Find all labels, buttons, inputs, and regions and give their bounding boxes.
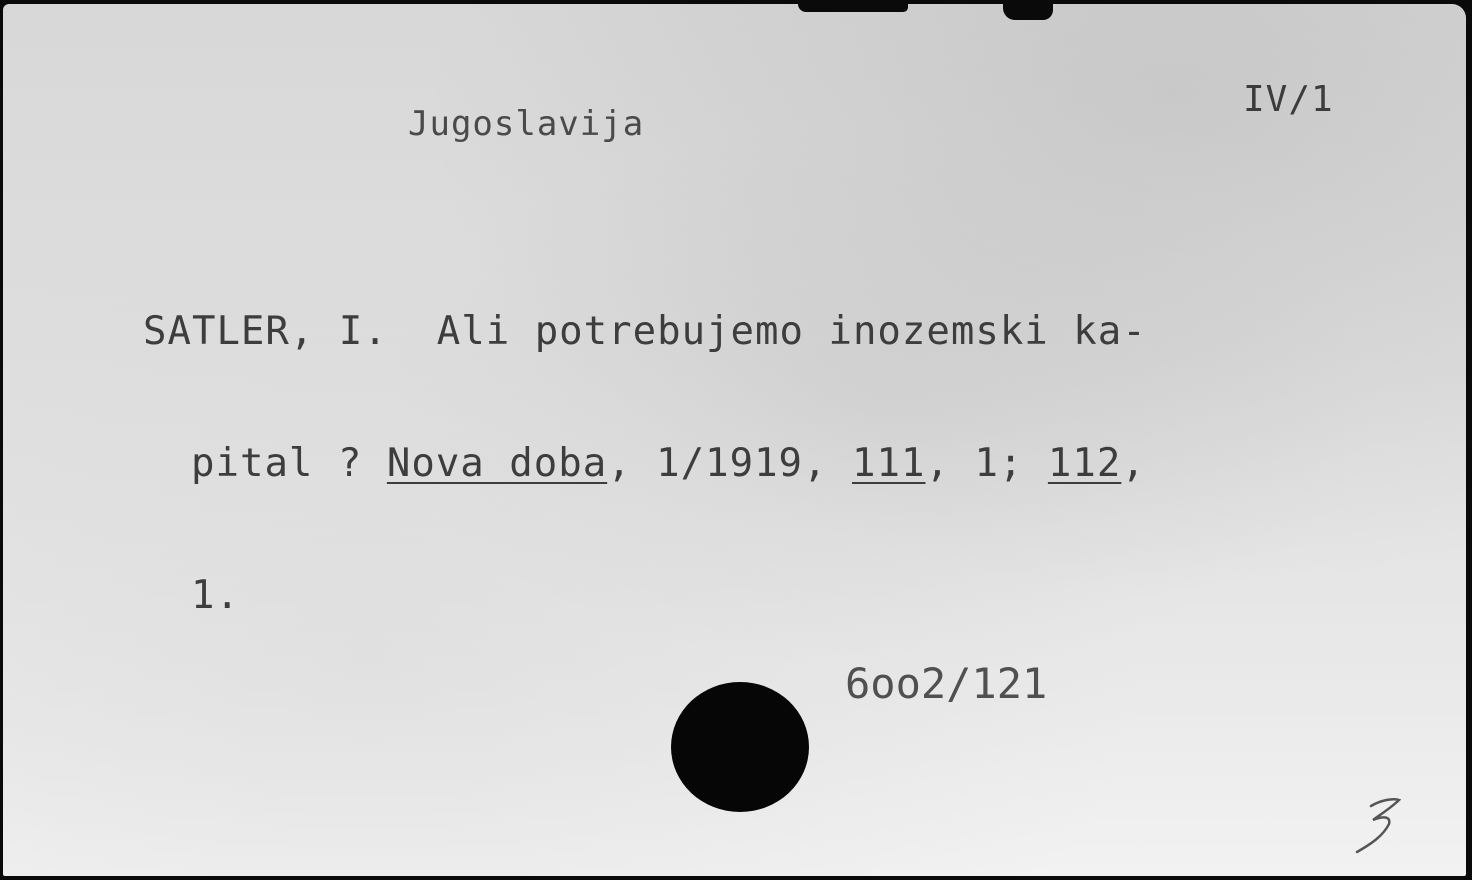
entry-line-1: SATLER, I. Ali potrebujemo inozemski ka- bbox=[143, 310, 1147, 354]
subject-heading: Jugoslavija bbox=[408, 104, 644, 144]
catalog-card: Jugoslavija IV/1 SATLER, I. Ali potrebuj… bbox=[3, 4, 1466, 876]
article-title: Ali potrebujemo inozemski ka- bbox=[437, 309, 1147, 354]
accession-number: 6oo2/121 bbox=[845, 659, 1047, 708]
page-number: 1; bbox=[974, 441, 1023, 486]
entry-line-3: 1. bbox=[143, 574, 1147, 618]
entry-line-2: pital ? Nova doba, 1/1919, 111, 1; 112, bbox=[143, 442, 1147, 486]
page-number: 1. bbox=[191, 573, 240, 618]
separator: , bbox=[607, 441, 631, 486]
handwritten-number-mark bbox=[1353, 794, 1413, 864]
punch-hole bbox=[671, 682, 809, 812]
bibliographic-entry: SATLER, I. Ali potrebujemo inozemski ka-… bbox=[143, 222, 1147, 706]
author-name: SATLER, I. bbox=[143, 309, 388, 354]
publication-date: 1/1919, bbox=[656, 441, 827, 486]
card-tab-notch bbox=[798, 4, 908, 12]
issue-number: 111 bbox=[852, 441, 925, 486]
call-number: IV/1 bbox=[1243, 79, 1334, 120]
journal-title: Nova doba bbox=[387, 441, 607, 486]
separator: , bbox=[1121, 441, 1145, 486]
card-tab-notch bbox=[1003, 4, 1053, 20]
separator: , bbox=[925, 441, 949, 486]
issue-number: 112 bbox=[1048, 441, 1121, 486]
article-title-end: pital ? bbox=[191, 441, 362, 486]
